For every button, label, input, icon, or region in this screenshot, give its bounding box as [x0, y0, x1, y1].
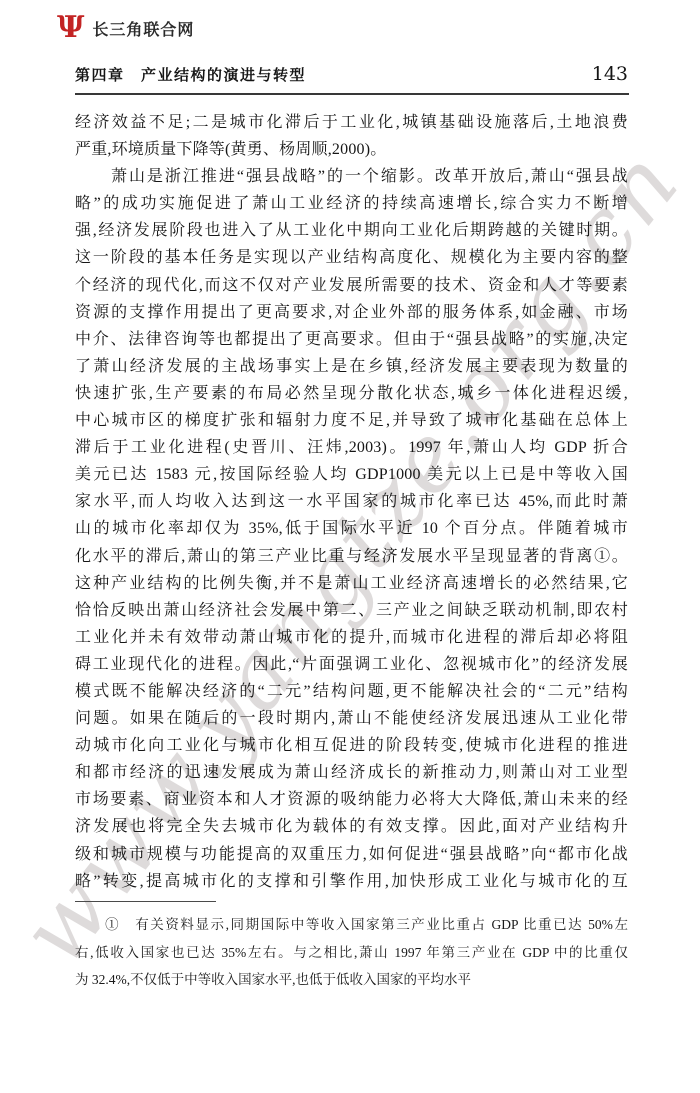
- text-line: 这一阶段的基本任务是实现以产业结构高度化、规模化为主要内容的整: [75, 244, 628, 271]
- text-line: 萧山是浙江推进“强县战略”的一个缩影。改革开放后,萧山“强县战: [75, 163, 628, 190]
- text-line: 中介、法律咨询等也都提出了更高要求。但由于“强县战略”的实施,决定: [75, 326, 628, 353]
- text-line: 市场要素、商业资本和人才资源的吸纳能力必将大大降低,萧山未来的经: [75, 786, 628, 813]
- text-line: 济发展也将完全失去城市化为载体的有效支撑。因此,面对产业结构升: [75, 813, 628, 840]
- text-line: 工业化并未有效带动萧山城市化的提升,而城市化进程的滞后却必将阻: [75, 624, 628, 651]
- paragraph: 萧山是浙江推进“强县战略”的一个缩影。改革开放后,萧山“强县战略”的成功实施促进…: [75, 163, 628, 895]
- text-line: 经济效益不足;二是城市化滞后于工业化,城镇基础设施落后,土地浪费: [75, 109, 628, 136]
- chapter-heading: 第四章 产业结构的演进与转型: [75, 64, 306, 85]
- running-header: 第四章 产业结构的演进与转型 143: [75, 63, 628, 85]
- text-line: 强,经济发展阶段也进入了从工业化中期向工业化后期跨越的关键时期。: [75, 217, 628, 244]
- text-line: 山的城市化率却仅为 35%,低于国际水平近 10 个百分点。伴随着城市: [75, 515, 628, 542]
- text-line: 这种产业结构的比例失衡,并不是萧山工业经济高速增长的必然结果,它: [75, 570, 628, 597]
- text-line: 级和城市规模与功能提高的双重压力,如何促进“强县战略”向“都市化战: [75, 841, 628, 868]
- text-line: 滞后于工业化进程(史晋川、汪炜,2003)。1997 年,萧山人均 GDP 折合: [75, 434, 628, 461]
- page-content: Ψ 长三角联合网 第四章 产业结构的演进与转型 143 经济效益不足;二是城市化…: [0, 0, 700, 1093]
- text-line: 中心城市区的梯度扩张和辐射力度不足,并导致了城市化基础在总体上: [75, 407, 628, 434]
- text-line: 家水平,而人均收入达到这一水平国家的城市化率已达 45%,而此时萧: [75, 488, 628, 515]
- text-line: 美元已达 1583 元,按国际经验人均 GDP1000 美元以上已是中等收入国: [75, 461, 628, 488]
- site-logo-label: 长三角联合网: [92, 17, 194, 40]
- scanned-page: www.yangtze.org.cn Ψ 长三角联合网 第四章 产业结构的演进与…: [0, 0, 700, 1093]
- footnote-line: ① 有关资料显示,同期国际中等收入国家第三产业比重占 GDP 比重已达 50%左: [75, 911, 628, 939]
- psi-logo-icon: Ψ: [57, 13, 84, 43]
- text-line: 略”转变,提高城市化的支撑和引擎作用,加快形成工业化与城市化的互: [75, 868, 628, 895]
- body-text: 经济效益不足;二是城市化滞后于工业化,城镇基础设施落后,土地浪费严重,环境质量下…: [75, 109, 628, 895]
- paragraph: 经济效益不足;二是城市化滞后于工业化,城镇基础设施落后,土地浪费严重,环境质量下…: [75, 109, 628, 163]
- text-line: 严重,环境质量下降等(黄勇、杨周顺,2000)。: [75, 136, 628, 163]
- text-line: 和都市经济的迅速发展成为萧山经济成长的新推动力,则萧山对工业型: [75, 759, 628, 786]
- text-line: 化水平的滞后,萧山的第三产业比重与经济发展水平呈现显著的背离①。: [75, 543, 628, 570]
- header-divider: [75, 93, 629, 95]
- footnote-divider: [75, 901, 216, 902]
- text-line: 碍工业现代化的进程。因此,“片面强调工业化、忽视城市化”的经济发展: [75, 651, 628, 678]
- text-line: 恰恰反映出萧山经济社会发展中第二、三产业之间缺乏联动机制,即农村: [75, 597, 628, 624]
- text-line: 了萧山经济发展的主战场事实上是在乡镇,经济发展主要表现为数量的: [75, 353, 628, 380]
- text-line: 快速扩张,生产要素的布局必然呈现分散化状态,城乡一体化进程迟缓,: [75, 380, 628, 407]
- text-line: 模式既不能解决经济的“二元”结构问题,更不能解决社会的“二元”结构: [75, 678, 628, 705]
- text-line: 问题。如果在随后的一段时期内,萧山不能使经济发展迅速从工业化带: [75, 705, 628, 732]
- footnote-line: 右,低收入国家也已达 35%左右。与之相比,萧山 1997 年第三产业在 GDP…: [75, 939, 628, 967]
- text-line: 略”的成功实施促进了萧山工业经济的持续高速增长,综合实力不断增: [75, 190, 628, 217]
- text-line: 个经济的现代化,而这不仅对产业发展所需要的技术、资金和人才等要素: [75, 272, 628, 299]
- text-line: 动城市化向工业化与城市化相互促进的阶段转变,使城市化进程的推进: [75, 732, 628, 759]
- page-number: 143: [592, 63, 628, 85]
- site-logo: Ψ 长三角联合网: [57, 13, 194, 43]
- footnote: ① 有关资料显示,同期国际中等收入国家第三产业比重占 GDP 比重已达 50%左…: [75, 911, 628, 994]
- footnote-line: 为 32.4%,不仅低于中等收入国家水平,也低于低收入国家的平均水平: [75, 966, 628, 994]
- text-line: 资源的支撑作用提出了更高要求,对企业外部的服务体系,如金融、市场: [75, 299, 628, 326]
